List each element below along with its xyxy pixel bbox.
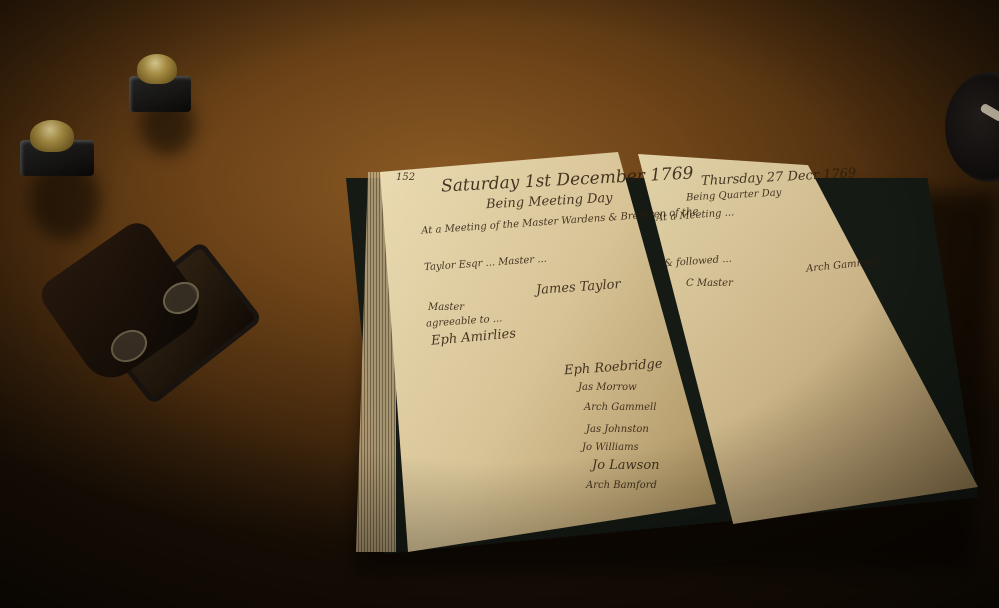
signature: Arch Gammell (584, 402, 656, 413)
signature: Jas Johnston (586, 424, 649, 435)
page-number: 152 (396, 172, 415, 183)
signature: Jo Lawson (592, 458, 660, 473)
open-ledger: 152 Saturday 1st December 1769 Being Mee… (346, 152, 980, 562)
signature: Jas Morrow (578, 382, 637, 393)
spectacles-case (62, 233, 242, 403)
inkwell-right (127, 54, 195, 114)
brass-cap-icon (30, 120, 74, 152)
note: Master (428, 302, 464, 313)
desk-photo: 152 Saturday 1st December 1769 Being Mee… (0, 0, 999, 608)
brass-cap-icon (137, 54, 177, 84)
signature: Jo Williams (582, 442, 639, 453)
signature: Arch Bamford (586, 480, 657, 491)
inkwell-left (18, 120, 98, 180)
right-closing: C Master (686, 278, 733, 289)
